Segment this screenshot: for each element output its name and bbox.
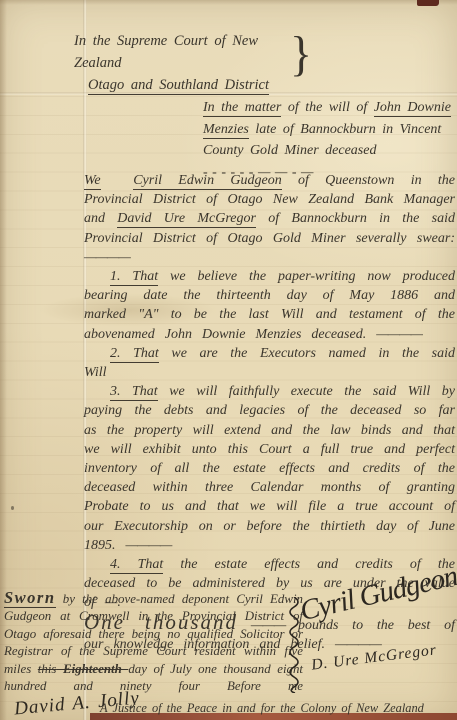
clause-4-label: 4. That [110,557,163,574]
clause-2: 2. That we are the Executors named in th… [84,344,455,382]
opening-paragraph: We Cyril Edwin Gudgeon of Queenstown in … [84,171,455,267]
clause-2-label: 2. That [110,346,159,363]
clause-1-label: 1. That [110,269,158,286]
court-name: In the Supreme Court of New Zealand [74,33,258,71]
clause-3-label: 3. That [110,384,158,401]
jurat-block: Sworn by the above-named deponent Cyril … [4,589,303,715]
struck-word: this [38,662,57,676]
opening-we: We [84,173,101,190]
clause-1: 1. That we believe the paper-writing now… [84,267,455,344]
document-scan: In the Supreme Court of New Zealand Otag… [0,0,457,720]
district-line: Otago and Southland District [88,74,310,96]
clause-3-text: we will faithfully execute the said Will… [84,384,455,553]
clause-3-rule: ———— [126,538,172,553]
jp-title-line: A Justice of the Peace in and for the Co… [100,701,456,716]
court-line: In the Supreme Court of New Zealand [74,30,310,74]
opening-rule: ———— [84,250,130,265]
jurat-date-word: Eighteenth [56,662,128,676]
deponent2-name: David Ure McGregor [117,211,256,228]
binding-mark [417,0,439,6]
sworn-word: Sworn [4,588,56,608]
district-name: Otago and Southland District [88,77,269,95]
ink-speck [11,506,14,510]
heading-brace: } [290,30,312,78]
matter-lead: In the matter [203,100,281,117]
jurat-squiggle-brace [286,597,302,693]
paper-top-edge [0,0,457,5]
deponent1-name: Cyril Edwin Gudgeon [133,173,281,190]
clause-1-rule: ———— [376,327,422,342]
court-heading: In the Supreme Court of New Zealand Otag… [74,30,310,96]
matter-mid: of the will of [281,100,373,115]
clause-3: 3. That we will faithfully execute the s… [84,382,455,555]
